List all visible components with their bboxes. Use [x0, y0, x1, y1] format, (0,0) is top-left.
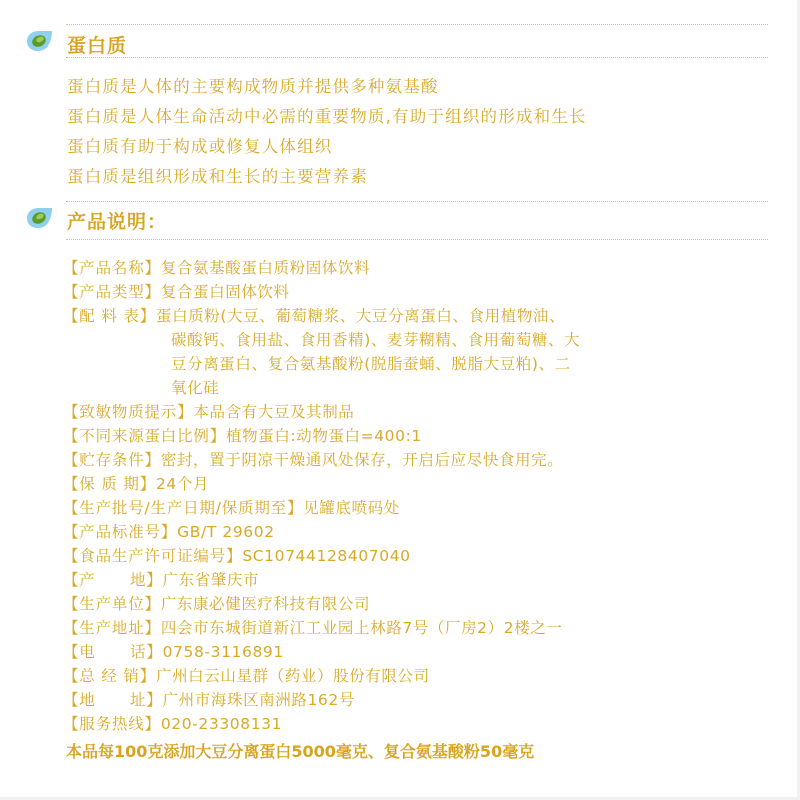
spec-label: 【不同来源蛋白比例】 — [63, 427, 226, 445]
spec-label: 【生产地址】 — [63, 619, 161, 637]
spec-value: 本品含有大豆及其制品 — [193, 403, 354, 421]
spec-row-shelf-life: 【保 质 期】24个月 — [63, 472, 209, 494]
spec-row-origin: 【产 地】广东省肇庆市 — [63, 568, 259, 590]
divider-top — [66, 24, 768, 25]
benefit-line: 蛋白质有助于构成或修复人体组织 — [67, 133, 333, 157]
spec-value: 24个月 — [156, 475, 209, 493]
spec-value: 广东省肇庆市 — [163, 571, 260, 589]
spec-label: 【配 料 表】 — [63, 307, 156, 325]
spec-row-phone: 【电 话】0758-3116891 — [63, 640, 284, 662]
section-title-product-description: 产品说明： — [67, 207, 167, 234]
leaf-droplet-icon — [25, 30, 53, 52]
spec-value: 广州白云山星群（药业）股份有限公司 — [156, 667, 430, 685]
product-info-page: 蛋白质 蛋白质是人体的主要构成物质并提供多种氨基酸 蛋白质是人体生命活动中必需的… — [0, 0, 800, 800]
spec-value-continuation: 氧化硅 — [171, 376, 219, 398]
spec-value: 广东康必健医疗科技有限公司 — [161, 595, 370, 613]
spec-row-storage: 【贮存条件】密封，置于阴凉干燥通风处保存，开启后应尽快食用完。 — [63, 448, 563, 470]
spec-value: 密封，置于阴凉干燥通风处保存，开启后应尽快食用完。 — [161, 451, 564, 469]
spec-value-continuation: 豆分离蛋白、复合氨基酸粉(脱脂蚕蛹、脱脂大豆粕)、二 — [171, 352, 571, 374]
spec-row-distributor-address: 【地 址】广州市海珠区南洲路162号 — [63, 688, 355, 710]
spec-row-product-type: 【产品类型】复合蛋白固体饮料 — [63, 280, 290, 302]
spec-label: 【服务热线】 — [63, 715, 161, 733]
spec-row-protein-ratio: 【不同来源蛋白比例】植物蛋白:动物蛋白=400:1 — [63, 424, 422, 446]
spec-label: 【产品名称】 — [63, 259, 161, 277]
spec-value: 0758-3116891 — [163, 643, 284, 661]
spec-value-continuation: 碳酸钙、食用盐、食用香精)、麦芽糊精、食用葡萄糖、大 — [171, 328, 580, 350]
spec-value: SC10744128407040 — [242, 547, 410, 565]
footer-note: 本品每100克添加大豆分离蛋白5000毫克、复合氨基酸粉50毫克 — [66, 739, 534, 762]
spec-label: 【贮存条件】 — [63, 451, 161, 469]
spec-row-service-hotline: 【服务热线】020-23308131 — [63, 712, 282, 734]
spec-label: 【保 质 期】 — [63, 475, 156, 493]
benefit-line: 蛋白质是组织形成和生长的主要营养素 — [67, 163, 368, 187]
spec-label: 【生产批号/生产日期/保质期至】 — [63, 499, 303, 517]
spec-value: 蛋白质粉(大豆、葡萄糖浆、大豆分离蛋白、食用植物油、 — [156, 307, 565, 325]
spec-row-allergen: 【致敏物质提示】本品含有大豆及其制品 — [63, 400, 354, 422]
spec-value: GB/T 29602 — [177, 523, 275, 541]
section-title-protein: 蛋白质 — [67, 31, 127, 58]
spec-row-distributor: 【总 经 销】广州白云山星群（药业）股份有限公司 — [63, 664, 430, 686]
divider-top — [66, 201, 768, 202]
spec-label: 【总 经 销】 — [63, 667, 156, 685]
spec-label: 【食品生产许可证编号】 — [63, 547, 242, 565]
spec-value: 020-23308131 — [161, 715, 282, 733]
spec-value: 广州市海珠区南洲路162号 — [163, 691, 355, 709]
spec-value: 植物蛋白:动物蛋白=400:1 — [226, 427, 422, 445]
benefit-line: 蛋白质是人体的主要构成物质并提供多种氨基酸 — [67, 73, 439, 97]
spec-value: 四会市东城街道新江工业园上林路7号（厂房2）2楼之一 — [161, 619, 563, 637]
spec-value: 见罐底喷码处 — [303, 499, 400, 517]
spec-value: 复合蛋白固体饮料 — [161, 283, 290, 301]
spec-row-batch: 【生产批号/生产日期/保质期至】见罐底喷码处 — [63, 496, 400, 518]
spec-label: 【电 话】 — [63, 643, 163, 661]
spec-row-license: 【食品生产许可证编号】SC10744128407040 — [63, 544, 411, 566]
spec-label: 【致敏物质提示】 — [63, 403, 193, 421]
spec-row-manufacturer: 【生产单位】广东康必健医疗科技有限公司 — [63, 592, 370, 614]
spec-row-manufacturer-address: 【生产地址】四会市东城街道新江工业园上林路7号（厂房2）2楼之一 — [63, 616, 563, 638]
divider-bottom — [66, 57, 768, 58]
spec-row-product-name: 【产品名称】复合氨基酸蛋白质粉固体饮料 — [63, 256, 370, 278]
spec-label: 【地 址】 — [63, 691, 163, 709]
leaf-droplet-icon — [25, 207, 53, 229]
spec-row-ingredients: 【配 料 表】蛋白质粉(大豆、葡萄糖浆、大豆分离蛋白、食用植物油、 — [63, 304, 565, 326]
divider-bottom — [66, 239, 768, 240]
spec-label: 【产品标准号】 — [63, 523, 177, 541]
spec-label: 【产 地】 — [63, 571, 163, 589]
benefit-line: 蛋白质是人体生命活动中必需的重要物质,有助于组织的形成和生长 — [67, 103, 587, 127]
spec-row-standard: 【产品标准号】GB/T 29602 — [63, 520, 275, 542]
spec-label: 【生产单位】 — [63, 595, 161, 613]
spec-value: 复合氨基酸蛋白质粉固体饮料 — [161, 259, 370, 277]
spec-label: 【产品类型】 — [63, 283, 161, 301]
